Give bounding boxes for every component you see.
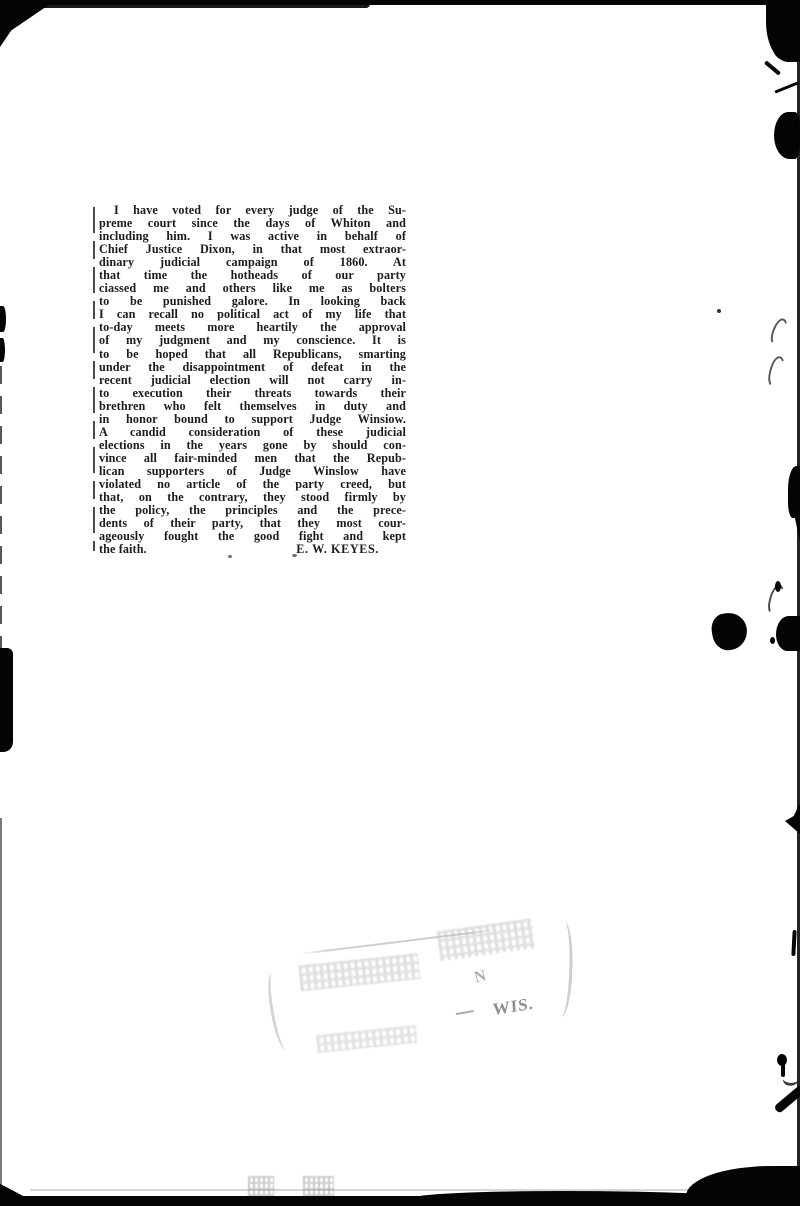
scan-artifact-left-edge bbox=[0, 818, 2, 1196]
scan-artifact-left-edge bbox=[0, 366, 2, 650]
scan-artifact-hook-mark bbox=[766, 355, 787, 390]
stamp-illegible-text bbox=[298, 953, 420, 991]
scan-artifact-ink-blob bbox=[710, 611, 750, 653]
scan-artifact-ink-blob bbox=[776, 616, 800, 651]
clipping-line: in honor bound to support Judge Winsiow. bbox=[99, 413, 406, 426]
clipping-line: of my judgment and my conscience. It is bbox=[99, 334, 406, 347]
signature-name: E. W. KEYES. bbox=[296, 543, 379, 556]
stamp-illegible-text bbox=[437, 918, 535, 961]
scan-artifact-right-blob bbox=[788, 466, 800, 518]
scan-artifact-right-blob bbox=[785, 803, 800, 834]
scan-artifact-left-edge bbox=[0, 648, 13, 752]
stamp-fragment-wis: WIS. bbox=[492, 994, 534, 1021]
scan-artifact-scratch bbox=[764, 60, 781, 75]
stamp-fragment-n: N bbox=[473, 966, 491, 987]
stamp-dash bbox=[456, 1010, 474, 1015]
scan-artifact-left-edge bbox=[0, 338, 5, 362]
scanned-page: I have voted for every judge of the Su-p… bbox=[0, 0, 800, 1206]
clipping-line: brethren who felt themselves in duty and bbox=[99, 400, 406, 413]
scan-speck bbox=[717, 309, 721, 313]
scan-artifact-dash bbox=[791, 930, 796, 956]
scan-artifact-left-edge bbox=[0, 306, 6, 332]
scan-speck bbox=[292, 554, 297, 557]
clipping-column-rule bbox=[93, 207, 95, 551]
clipping-text: I have voted for every judge of the Su-p… bbox=[99, 204, 406, 543]
clipping-line: under the disappointment of defeat in th… bbox=[99, 361, 406, 374]
scan-artifact-scratch bbox=[773, 1083, 800, 1114]
scan-artifact-top-right-blob bbox=[772, 28, 796, 60]
scan-speck bbox=[228, 555, 232, 558]
scan-artifact-top-edge bbox=[25, 0, 370, 8]
scan-artifact-hook-mark bbox=[775, 581, 781, 592]
stamp-left-bracket bbox=[264, 971, 294, 1051]
scan-artifact-scratch bbox=[774, 81, 798, 93]
scan-artifact-hook-mark bbox=[768, 316, 790, 348]
clipping-line: to be hoped that all Republicans, smarti… bbox=[99, 348, 406, 361]
scan-artifact-bottom-edge bbox=[30, 1189, 770, 1191]
stamp-right-bracket bbox=[552, 922, 574, 1018]
closing-words: the faith. bbox=[99, 543, 147, 556]
stamp-illegible-text bbox=[316, 1025, 417, 1053]
newspaper-clipping: I have voted for every judge of the Su-p… bbox=[99, 204, 406, 556]
scan-artifact-right-blob bbox=[774, 112, 800, 159]
clipping-line: to execution their threats towards their bbox=[99, 387, 406, 400]
library-stamp: N WIS. bbox=[255, 909, 590, 1070]
signature-line: the faith. E. W. KEYES. bbox=[99, 543, 406, 556]
clipping-line: recent judicial election will not carry … bbox=[99, 374, 406, 387]
scan-artifact-bottom-right-corner bbox=[686, 1166, 800, 1206]
clipping-line: vince all fair-minded men that the Repub… bbox=[99, 452, 406, 465]
scan-artifact-ink-blob bbox=[770, 637, 775, 644]
clipping-line: A candid consideration of these judicial bbox=[99, 426, 406, 439]
clipping-line: elections in the years gone by should co… bbox=[99, 439, 406, 452]
